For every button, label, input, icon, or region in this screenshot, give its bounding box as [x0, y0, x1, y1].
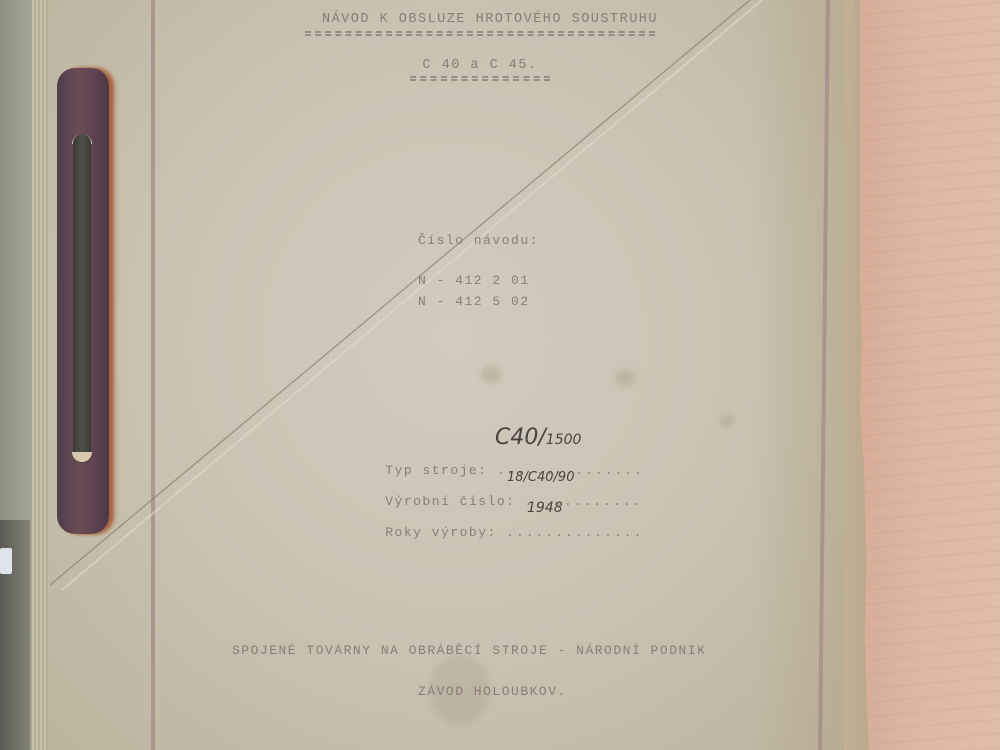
manual-number-1: N - 412 2 01 — [418, 273, 530, 288]
handwritten-year: 1948 — [527, 500, 563, 516]
document-title: NÁVOD K OBSLUZE HROTOVÉHO SOUSTRUHU — [300, 12, 680, 27]
field-label: Typ stroje: — [385, 463, 487, 478]
field-label: Roky výroby: — [385, 525, 497, 540]
field-label: Výrobní číslo: — [385, 494, 515, 509]
left-margin-line — [151, 0, 155, 750]
footer-company: SPOJENÉ TOVÁRNY NA OBRÁBĚCÍ STROJE - NÁR… — [232, 643, 706, 658]
machine-models: C 40 a C 45. — [400, 58, 560, 73]
wooden-desk — [855, 0, 1000, 750]
handwritten-machine-type: C40/1500 — [495, 425, 581, 450]
fill-dots: .............. — [506, 525, 643, 540]
cover-page — [48, 0, 860, 750]
handwritten-type-suffix: 1500 — [546, 432, 582, 448]
clip-prong-lower — [73, 298, 91, 463]
handwritten-serial-number: 18/C40/90 — [507, 470, 574, 485]
handwritten-type-main: C40/ — [495, 425, 546, 450]
manual-number-2: N - 412 5 02 — [418, 294, 530, 309]
spine-label — [0, 548, 12, 574]
field-year-of-manufacture: Roky výroby: .............. — [348, 510, 643, 555]
title-underline — [305, 31, 655, 36]
footer-plant: ZÁVOD HOLOUBKOV. — [418, 684, 567, 699]
document-photo: NÁVOD K OBSLUZE HROTOVÉHO SOUSTRUHU C 40… — [0, 0, 1000, 750]
models-underline — [410, 76, 550, 81]
binder-clip — [57, 68, 109, 534]
manual-number-label: Číslo návodu: — [418, 233, 539, 248]
